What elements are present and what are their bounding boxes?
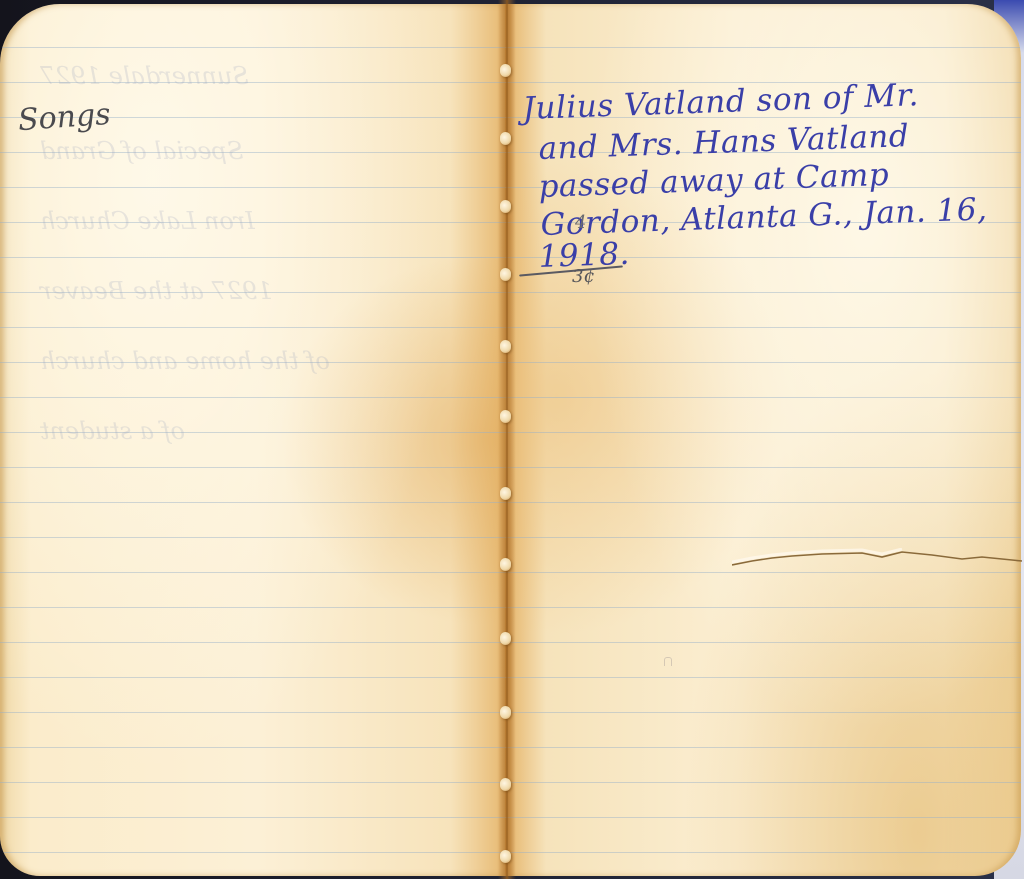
notebook-scan: Sunnerdale 1927 Special of Grand Iron La… (0, 0, 1024, 879)
bleed-line: Special of Grand (40, 134, 480, 169)
binding-tab (500, 778, 511, 791)
pencil-annotation-number: 4 (575, 212, 586, 233)
pencil-mark (664, 657, 672, 666)
binding-tab (500, 200, 511, 213)
binding-tab (500, 410, 511, 423)
binding-tab (500, 850, 511, 863)
binding-tab (500, 706, 511, 719)
ruled-lines (0, 4, 512, 876)
bleed-through-text: Sunnerdale 1927 (40, 24, 460, 94)
left-page: Sunnerdale 1927 Special of Grand Iron La… (0, 4, 512, 876)
bleed-line: 1927 at the Beaver (40, 274, 480, 309)
paper-tear (732, 548, 1022, 568)
binding-tab (500, 64, 511, 77)
binding-tab (500, 487, 511, 500)
binding-tab (500, 268, 511, 281)
binding-tab (500, 558, 511, 571)
left-page-heading: Songs (17, 97, 112, 138)
bleed-through-text: Special of Grand Iron Lake Church 1927 a… (40, 99, 480, 484)
bleed-line: Sunnerdale 1927 (40, 62, 249, 90)
binding-tab (500, 632, 511, 645)
bleed-line: of the home and church (40, 344, 480, 379)
binding-tab (500, 340, 511, 353)
bleed-line: of a student (40, 414, 480, 449)
binding-tab (500, 132, 511, 145)
bleed-line: Iron Lake Church (40, 204, 480, 239)
pencil-annotation-price: 3¢ (572, 266, 595, 287)
